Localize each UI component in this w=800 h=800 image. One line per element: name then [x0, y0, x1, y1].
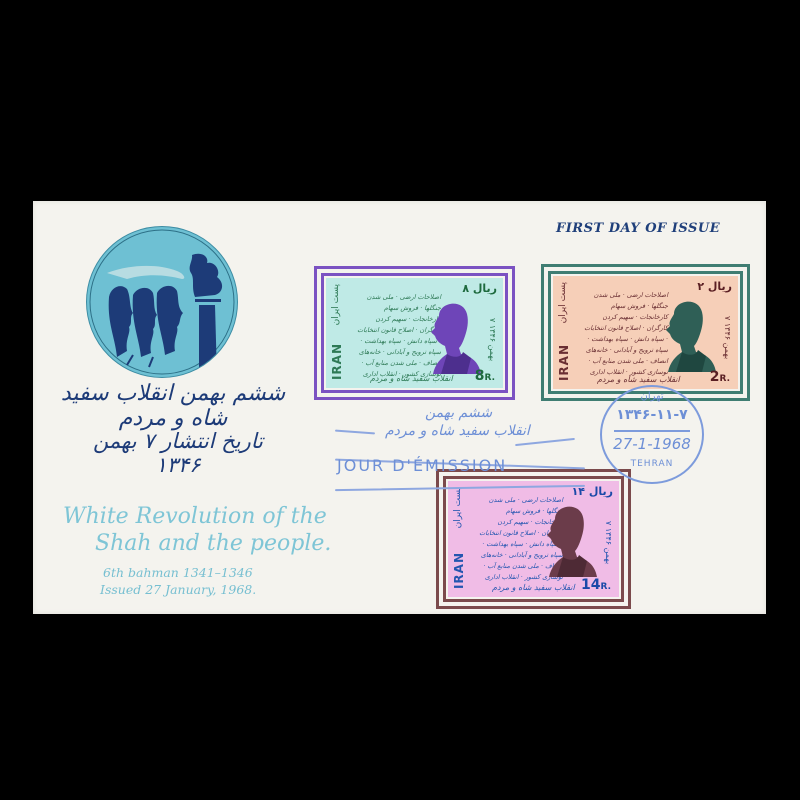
caption-issued: Issued 27 January, 1968. [100, 582, 256, 597]
cancel-slogan-line-1: ششم بهمن [425, 405, 492, 421]
stamp-motto: انقلاب سفید شاه و مردم [370, 374, 453, 383]
stamp-field: پست ایران IRAN اصلاحات ارضی · ملی شدن جن… [448, 481, 619, 597]
shah-portrait-icon [421, 296, 481, 374]
shah-portrait-icon [656, 294, 716, 372]
stamp-motto: انقلاب سفید شاه و مردم [597, 375, 680, 384]
cancel-wave-line [515, 438, 575, 446]
cancel-slogan-line-2: انقلاب سفید شاه و مردم [385, 423, 530, 439]
caption-bahman: 6th bahman 1341–1346 [103, 565, 253, 580]
stamp-unit: R. [719, 374, 730, 384]
cancel-jour-demission: JOUR D'ÉMISSION [337, 456, 507, 475]
stamp-country: IRAN [330, 343, 344, 380]
stamp-8-rial: پست ایران IRAN اصلاحات ارضی · ملی شدن جن… [314, 266, 515, 400]
emblem-illustration-icon [87, 227, 237, 377]
persian-title: ششم بهمن انقلاب سفید شاه و مردم [43, 381, 303, 431]
postmark-date: 27-1-1968 [602, 435, 702, 453]
stamp-country: IRAN [452, 552, 466, 589]
slogan-cancellation: ششم بهمن انقلاب سفید شاه و مردم JOUR D'É… [330, 401, 595, 481]
stamp-post-label: پست ایران [453, 487, 463, 528]
stamp-value-persian: ۲ ریال [697, 280, 732, 293]
stamp-date-persian: ۷ بهمن ۱۳۴۶ [604, 521, 613, 564]
shah-portrait-icon [537, 499, 597, 577]
stamp-field: پست ایران IRAN اصلاحات ارضی · ملی شدن جن… [553, 276, 738, 389]
stamp-date-persian: ۷ بهمن ۱۳۴۶ [488, 318, 497, 361]
stamp-denomination: 8R. [475, 368, 495, 384]
stamp-date-persian: ۷ بهمن ۱۳۴۶ [723, 316, 732, 359]
stamp-2-rial: پست ایران IRAN اصلاحات ارضی · ملی شدن جن… [541, 264, 750, 401]
first-day-of-issue-heading: FIRST DAY OF ISSUE [556, 221, 720, 236]
english-title-line-2: Shah and the people. [95, 531, 331, 556]
stamp-post-label: پست ایران [331, 284, 341, 325]
stamp-value: 8 [475, 368, 485, 384]
stamp-value: 14 [581, 577, 600, 593]
stamp-denomination: 2R. [710, 369, 730, 385]
three-profiles-torch-emblem [86, 226, 238, 378]
cancel-wave-line [335, 430, 375, 435]
stamp-unit: R. [484, 373, 495, 383]
stamp-denomination: 14R. [581, 577, 611, 593]
persian-issue-date: تاریخ انتشار ۷ بهمن ۱۳۴۶ [73, 429, 283, 477]
stamp-value-persian: ۸ ریال [462, 282, 497, 295]
stamp-value: 2 [710, 369, 720, 385]
stamp-post-label: پست ایران [558, 282, 568, 323]
stamp-country: IRAN [557, 344, 571, 381]
stamp-unit: R. [600, 582, 611, 592]
stamp-motto: انقلاب سفید شاه و مردم [492, 583, 575, 592]
tehran-postmark: تهران ۱۳۴۶-۱۱-۷ 27-1-1968 TEHRAN [600, 385, 704, 484]
postmark-divider [614, 430, 690, 432]
english-title-line-1: White Revolution of the [63, 504, 327, 529]
postmark-city-persian: تهران [602, 391, 702, 402]
stamp-14-rial: پست ایران IRAN اصلاحات ارضی · ملی شدن جن… [436, 469, 631, 609]
postmark-date-persian: ۱۳۴۶-۱۱-۷ [602, 407, 702, 423]
stamp-field: پست ایران IRAN اصلاحات ارضی · ملی شدن جن… [326, 278, 503, 388]
postmark-city: TEHRAN [602, 459, 702, 469]
first-day-cover-envelope: FIRST DAY OF ISSUE ششم بهمن انقلاب سفید … [33, 201, 766, 614]
